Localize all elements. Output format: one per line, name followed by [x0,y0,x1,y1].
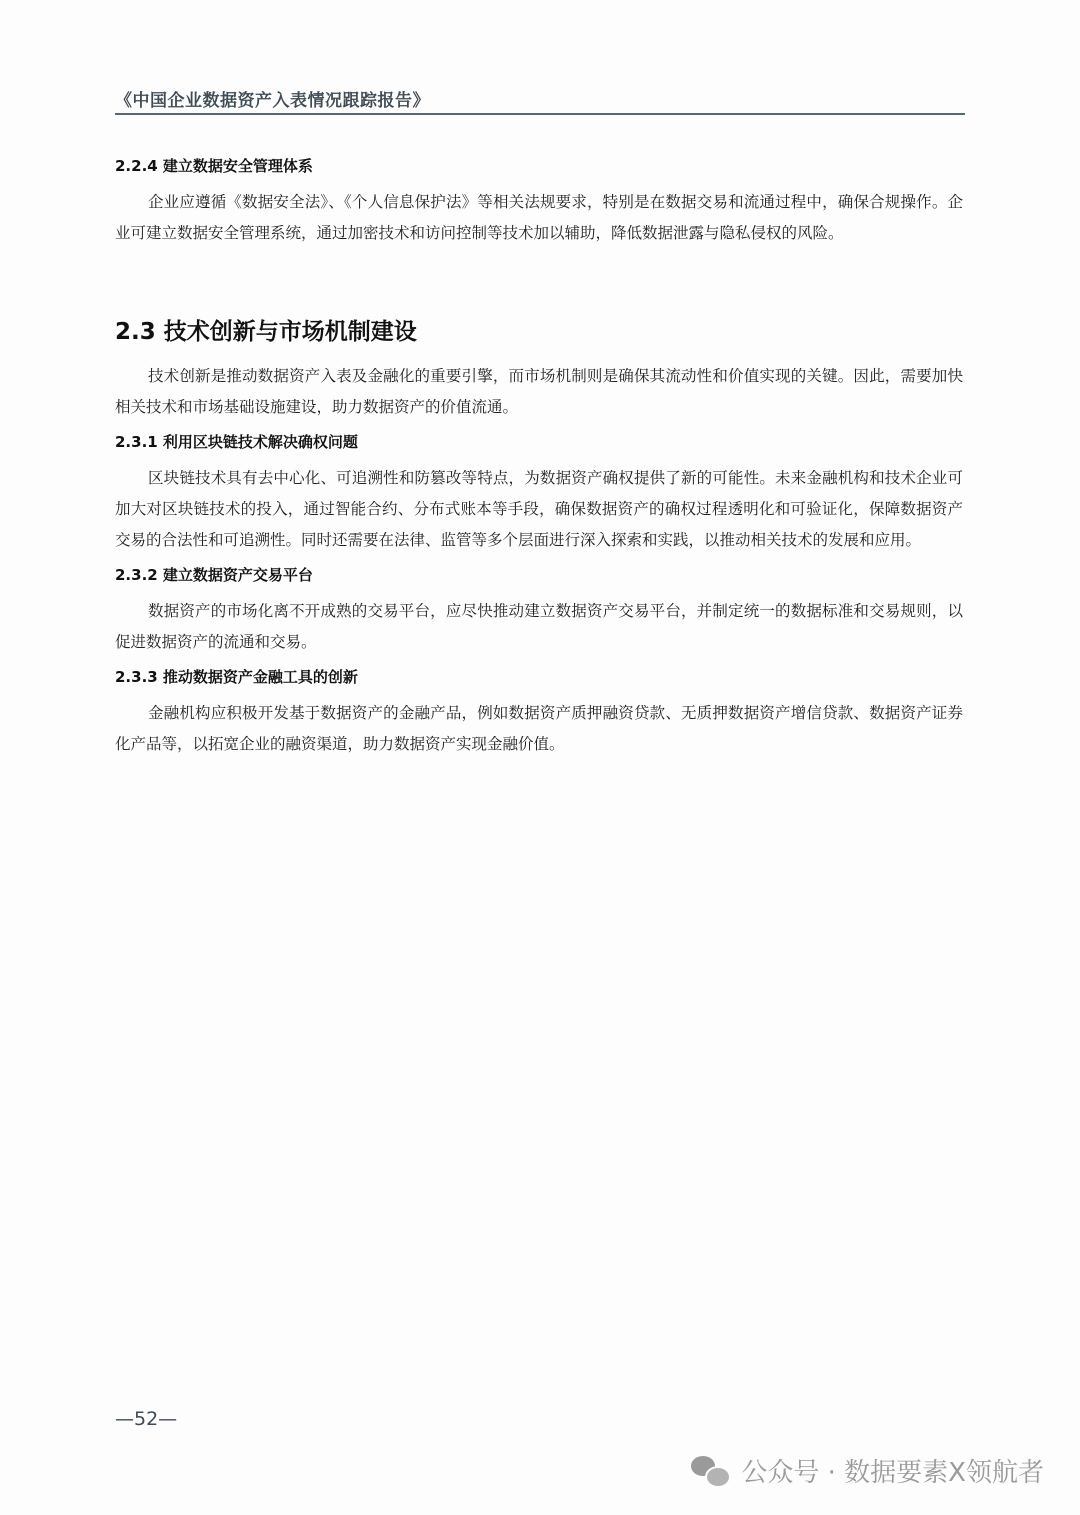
paragraph-2-3-3: 金融机构应积极开发基于数据资产的金融产品，例如数据资产质押融资贷款、无质押数据资… [115,698,963,760]
heading-2-3-2: 2.3.2 建立数据资产交易平台 [115,564,963,586]
header-divider [115,113,965,115]
paragraph-2-2-4: 企业应遵循《数据安全法》、《个人信息保护法》等相关法规要求，特别是在数据交易和流… [115,187,963,249]
page-content: 2.2.4 建立数据安全管理体系 企业应遵循《数据安全法》、《个人信息保护法》等… [115,155,963,766]
heading-2-3-3: 2.3.3 推动数据资产金融工具的创新 [115,666,963,688]
page-number: —52— [115,1408,177,1430]
heading-2-3: 2.3 技术创新与市场机制建设 [115,315,963,349]
watermark: 公众号 · 数据要素X领航者 [691,1452,1044,1489]
wechat-icon [691,1454,731,1488]
paragraph-2-3: 技术创新是推动数据资产入表及金融化的重要引擎，而市场机制则是确保其流动性和价值实… [115,361,963,423]
section-spacer [115,255,963,315]
heading-2-2-4: 2.2.4 建立数据安全管理体系 [115,155,963,177]
heading-2-3-1: 2.3.1 利用区块链技术解决确权问题 [115,431,963,453]
watermark-text: 公众号 · 数据要素X领航者 [741,1452,1044,1489]
report-title-header: 《中国企业数据资产入表情况跟踪报告》 [115,86,965,111]
paragraph-2-3-2: 数据资产的市场化离不开成熟的交易平台，应尽快推动建立数据资产交易平台，并制定统一… [115,596,963,658]
paragraph-2-3-1: 区块链技术具有去中心化、可追溯性和防篡改等特点，为数据资产确权提供了新的可能性。… [115,463,963,556]
